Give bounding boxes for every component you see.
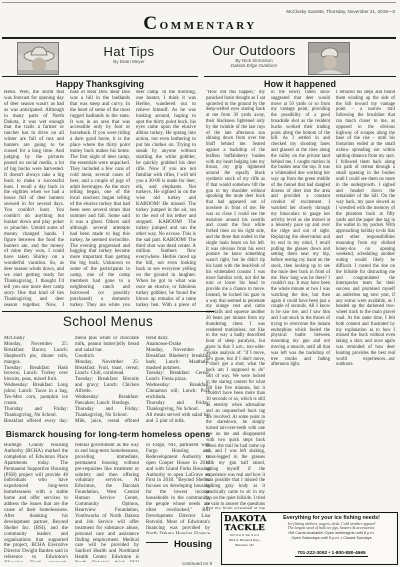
our-outdoors-header-rule xyxy=(204,76,396,78)
top-hairline-rule xyxy=(2,2,396,3)
hat-tips-title: Hat Tips xyxy=(62,45,196,59)
housing-headline: Bismarck housing for long-term homeless … xyxy=(2,429,214,439)
ad-address-city: Bismarck, ND xyxy=(224,544,265,548)
ad-logo-block: DAKOTA TACKLE M-F 9 to 8, Sat. 9 to 5 30… xyxy=(222,513,266,564)
dakota-tackle-ad: DAKOTA TACKLE M-F 9 to 8, Sat. 9 to 5 30… xyxy=(221,512,398,565)
newspaper-page: McClusky Gazette, Thursday, November 21,… xyxy=(0,0,400,567)
ad-headline: Everything for your ice fishing needs! xyxy=(266,515,397,522)
hat-tips-column-2: base of Bear Den. Bear Den was a hill in… xyxy=(70,90,130,309)
our-outdoors-column-2: in the newly fallen snow suggested that … xyxy=(271,90,330,509)
our-outdoors-title: Our Outdoors xyxy=(204,44,304,58)
housing-column-1: Burleigh County Housing Authority (BCHA)… xyxy=(4,443,68,562)
school-menus-title: School Menus xyxy=(2,314,214,329)
housing-jump-line: Housing continued on 9 xyxy=(146,534,212,567)
our-outdoors-headline: How it happened xyxy=(204,79,396,89)
hat-tips-header-rule xyxy=(2,76,198,78)
housing-column-2: federal government as the way to end lon… xyxy=(75,443,139,562)
cowboy-hat-portrait-icon xyxy=(18,43,58,74)
housing-column-3: in Fargo, ND, partnered with Fargo Housi… xyxy=(146,443,210,534)
housing-jump-continued: continued on 9 xyxy=(182,561,212,566)
housing-jump-title: Housing xyxy=(174,539,212,550)
our-outdoors-byline2: Dakota Edge Outdoors xyxy=(204,63,304,68)
our-outdoors-column-3: I retraced his steps and found them wind… xyxy=(336,90,395,509)
hat-tips-headline: Happy Thanksgiving xyxy=(2,79,198,89)
masthead-rule xyxy=(2,37,396,39)
ad-address-hours: M-F 9 to 8, Sat. 9 to 5 xyxy=(224,534,265,538)
school-menu-column-anamoose-drake: fered daily. Anamoose-Drake Monday, Nove… xyxy=(146,336,210,425)
ad-line-hours: Open Saturdays until 5 p.m. • Closed Sun… xyxy=(266,536,397,541)
section-masthead: Commentary xyxy=(0,13,400,35)
hat-tips-column-3: deer camp. In the morning, one hunter, I… xyxy=(136,90,196,309)
ad-brand-line2: TACKLE xyxy=(224,524,265,533)
hat-tips-column-1: Hello. Well, the storm that was forecast… xyxy=(4,90,64,309)
ad-address-street: 3001 E. Bismarck Expy. xyxy=(224,539,265,543)
our-outdoors-column-1: "How did this happen," my panicked brain… xyxy=(206,90,265,509)
ad-copy-block: Everything for your ice fishing needs! I… xyxy=(266,513,397,564)
dean-meyer-photo xyxy=(17,42,59,75)
school-menu-column-goodrich: menu plus white or chocolate milk, peanu… xyxy=(75,336,139,425)
cap-portrait-icon xyxy=(309,43,349,74)
school-menu-column-mcclusky: McClusky Monday, November 25: Breakfast:… xyxy=(4,336,68,425)
hat-tips-byline: By Dean Meyer xyxy=(62,59,196,64)
ad-phone: 701-222-3092 • 1-800-880-4665 xyxy=(295,551,367,557)
nick-simonson-photo xyxy=(308,42,350,75)
school-menus-rule xyxy=(2,311,214,312)
